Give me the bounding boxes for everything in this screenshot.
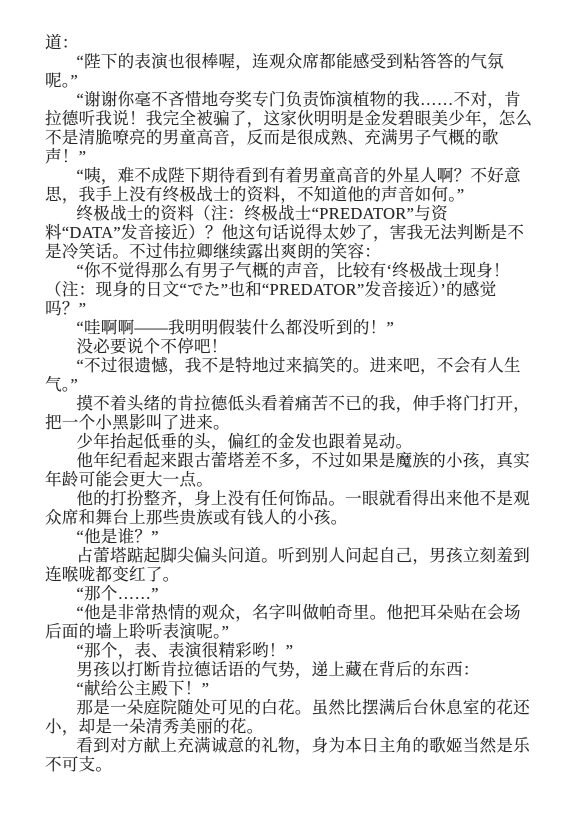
- text-line: 连喉咙都变红了。: [45, 565, 539, 584]
- text-line: “哇啊啊——我明明假装什么都没听到的！”: [45, 318, 539, 337]
- text-line: “咦，难不成陛下期待看到有着男童高音的外星人啊？不好意: [45, 166, 539, 185]
- text-line: 后面的墙上聆听表演呢。”: [45, 622, 539, 641]
- text-line: 年龄可能会更大一点。: [45, 470, 539, 489]
- text-line: 不可支。: [45, 755, 539, 774]
- text-line: 没必要说个不停吧！: [45, 337, 539, 356]
- text-line: 把一个小黑影叫了进来。: [45, 413, 539, 432]
- text-line: 吗？”: [45, 299, 539, 318]
- text-line: “他是谁？”: [45, 527, 539, 546]
- text-line: 那是一朵庭院随处可见的白花。虽然比摆满后台休息室的花还: [45, 698, 539, 717]
- text-line: 是冷笑话。不过伟拉卿继续露出爽朗的笑容：: [45, 242, 539, 261]
- body-text: 道：“陛下的表演也很棒喔，连观众席都能感受到粘答答的气氛呢。”“谢谢你毫不吝惜地…: [45, 33, 539, 774]
- scanned-book-page: 道：“陛下的表演也很棒喔，连观众席都能感受到粘答答的气氛呢。”“谢谢你毫不吝惜地…: [0, 0, 583, 828]
- text-line: 占蕾塔踮起脚尖偏头问道。听到别人问起自己，男孩立刻羞到: [45, 546, 539, 565]
- text-line: 男孩以打断肯拉德话语的气势，递上藏在背后的东西：: [45, 660, 539, 679]
- text-line: “那个……”: [45, 584, 539, 603]
- text-line: 料“DATA”发音接近）？他这句话说得太妙了，害我无法判断是不: [45, 223, 539, 242]
- text-line: 不是清脆嘹亮的男童高音，反而是很成熟、充满男子气概的歌: [45, 128, 539, 147]
- text-line: 声！”: [45, 147, 539, 166]
- text-line: “不过很遗憾，我不是特地过来搞笑的。进来吧，不会有人生: [45, 356, 539, 375]
- text-line: 拉德听我说！我完全被骗了，这家伙明明是金发碧眼美少年，怎么: [45, 109, 539, 128]
- text-line: “陛下的表演也很棒喔，连观众席都能感受到粘答答的气氛: [45, 52, 539, 71]
- text-line: 小，却是一朵清秀美丽的花。: [45, 717, 539, 736]
- text-line: 他年纪看起来跟古蕾塔差不多，不过如果是魔族的小孩，真实: [45, 451, 539, 470]
- text-line: 终极战士的资料（注：终极战士“PREDATOR”与资: [45, 204, 539, 223]
- text-line: 摸不着头绪的肯拉德低头看着痛苦不已的我，伸手将门打开，: [45, 394, 539, 413]
- text-line: 思，我手上没有终极战士的资料，不知道他的声音如何。”: [45, 185, 539, 204]
- text-line: 看到对方献上充满诚意的礼物，身为本日主角的歌姬当然是乐: [45, 736, 539, 755]
- text-line: （注：现身的日文“でた”也和“PREDATOR”发音接近）’的感觉: [45, 280, 539, 299]
- text-line: 少年抬起低垂的头，偏红的金发也跟着晃动。: [45, 432, 539, 451]
- text-line: 呢。”: [45, 71, 539, 90]
- text-line: 众席和舞台上那些贵族或有钱人的小孩。: [45, 508, 539, 527]
- text-line: 气。”: [45, 375, 539, 394]
- text-line: “谢谢你毫不吝惜地夸奖专门负责饰演植物的我……不对，肯: [45, 90, 539, 109]
- text-line: 他的打扮整齐，身上没有任何饰品。一眼就看得出来他不是观: [45, 489, 539, 508]
- text-line: “他是非常热情的观众，名字叫做帕奇里。他把耳朵贴在会场: [45, 603, 539, 622]
- text-line: “献给公主殿下！”: [45, 679, 539, 698]
- text-line: “你不觉得那么有男子气概的声音，比较有‘终极战士现身！: [45, 261, 539, 280]
- text-line: 道：: [45, 33, 539, 52]
- text-line: “那个，表、表演很精彩哟！”: [45, 641, 539, 660]
